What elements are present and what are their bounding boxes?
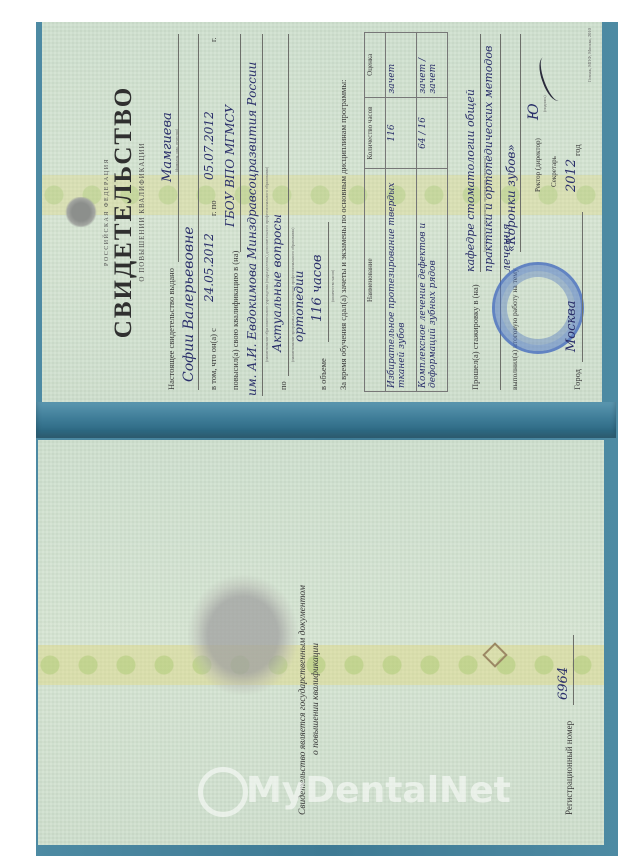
year-value: 2012 — [564, 159, 579, 192]
field-line — [288, 34, 289, 376]
program-label: по — [278, 381, 288, 390]
discipline-grade: зачет / зачет — [417, 33, 448, 98]
field-line — [582, 212, 583, 362]
internship-label: Прошел(а) стажировку в (на) — [470, 284, 480, 390]
surname-field: Мамгиева — [160, 112, 175, 182]
validity-line-2: о повышении квалификации — [311, 643, 321, 755]
reg-number-label: Регистрационный номер — [564, 721, 574, 815]
discipline-grade: зачет — [386, 33, 417, 98]
rector-label: Ректор (директор) — [534, 138, 542, 192]
field-line — [500, 34, 501, 390]
column-header: Оценка — [365, 33, 386, 98]
date-from: 24.05.2012 — [202, 233, 216, 302]
table-row: Избирательное протезирование твердых тка… — [386, 33, 417, 392]
volume-caption: (количество часов) — [330, 270, 335, 302]
institution-line-2: им. А.И. Евдокимова Минздравсоцразвития … — [245, 62, 259, 396]
print-mark: Гознак, МПФ, Москва, 2010 — [587, 28, 592, 82]
watermark: MyDentalNet — [246, 770, 511, 811]
field-line — [480, 34, 481, 272]
field-line — [520, 34, 521, 252]
volume-label: в объеме — [318, 358, 328, 390]
date-to: 05.07.2012 — [202, 111, 216, 180]
name-field: Софии Валерьевовне — [181, 226, 197, 382]
exams-label: За время обучения сдал(а) зачеты и экзам… — [338, 34, 349, 390]
column-header: Наименование — [365, 169, 386, 392]
signature-icon — [535, 54, 568, 103]
year-label: год — [572, 144, 582, 156]
secretary-label: Секретарь — [550, 156, 558, 187]
discipline-name: Избирательное протезирование твердых тка… — [386, 169, 417, 392]
period-to-label: г. по — [208, 200, 218, 216]
scanned-certificate: РОССИЙСКАЯ ФЕДЕРАЦИЯ СВИДЕТЕЛЬСТВО О ПОВ… — [0, 0, 618, 856]
table-row: Комплексное лечение дефектов и деформаци… — [417, 33, 448, 392]
period-from-label: в том, что он(а) с — [208, 328, 218, 390]
field-line — [240, 34, 241, 252]
field-line — [573, 635, 574, 705]
tooth-logo-icon — [198, 767, 248, 817]
name-caption: (фамилия, имя, отчество) — [174, 129, 179, 172]
issued-to-label: Настоящее свидетельство выдано — [166, 268, 176, 390]
table-header-row: Наименование Количество часов Оценка — [365, 33, 386, 392]
discipline-hours: 116 — [386, 97, 417, 169]
header-block: РОССИЙСКАЯ ФЕДЕРАЦИЯ СВИДЕТЕЛЬСТВО О ПОВ… — [104, 22, 146, 402]
institution-line-1: ГБОУ ВПО МГМСУ — [223, 105, 237, 227]
year-end-label: г. — [208, 37, 218, 42]
city-value: Москва — [564, 301, 579, 353]
column-header: Количество часов — [365, 97, 386, 169]
spine-fold — [36, 402, 616, 438]
final-work-value: «Коронки зубов» — [504, 144, 518, 252]
signature-caption: (подпись) — [542, 95, 547, 112]
program-line-2: ортопедии — [292, 271, 306, 342]
volume-value: 116 часов — [310, 255, 325, 322]
inner-page-content: РОССИЙСКАЯ ФЕДЕРАЦИЯ СВИДЕТЕЛЬСТВО О ПОВ… — [42, 22, 602, 402]
discipline-name: Комплексное лечение дефектов и деформаци… — [417, 169, 448, 392]
institution-caption: (наименование образовательного учреждени… — [264, 167, 269, 362]
coat-of-arms-icon — [64, 197, 98, 227]
disciplines-table: Наименование Количество часов Оценка Изб… — [364, 32, 448, 392]
city-label: Город — [572, 369, 582, 390]
internship-caption: (наименование предприятия, организации, … — [482, 156, 487, 252]
program-line-1: Актуальные вопросы — [270, 214, 284, 352]
field-line — [328, 222, 329, 342]
double-headed-eagle-icon — [188, 575, 298, 695]
discipline-hours: 64 / 16 — [417, 97, 448, 169]
field-line — [198, 34, 199, 390]
rector-initial: Ю — [526, 103, 542, 120]
page-title: СВИДЕТЕЛЬСТВО — [110, 22, 138, 402]
improved-label: повысил(а) свою квалификацию в (на) — [230, 251, 240, 390]
field-line — [262, 34, 263, 396]
page-subtitle: О ПОВЫШЕНИИ КВАЛИФИКАЦИИ — [138, 22, 146, 402]
reg-number-value: 6964 — [556, 667, 571, 700]
